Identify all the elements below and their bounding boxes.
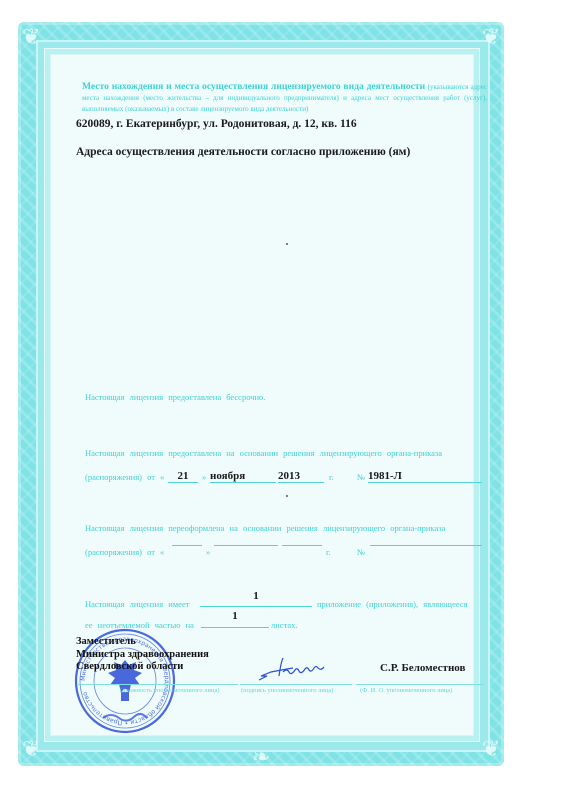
grant-order-quote: »	[202, 472, 206, 482]
address-line: 620089, г. Екатеринбург, ул. Родонитовая…	[76, 118, 357, 130]
scan-dot	[286, 495, 288, 497]
appendix-line2-after: листах.	[271, 620, 298, 630]
corner-ornament-icon: ❦	[22, 738, 40, 760]
position-underline	[78, 684, 238, 685]
name-underline	[356, 684, 484, 685]
reissue-order-year-suffix: г.	[326, 547, 331, 557]
signatory-position: Заместитель Министра здравоохранения Све…	[76, 636, 209, 674]
corner-ornament-icon: ❦	[482, 738, 500, 760]
validity-text: Настоящая лицензия предоставлена бессроч…	[85, 392, 265, 402]
activity-addresses-line: Адреса осуществления деятельности соглас…	[76, 146, 410, 158]
location-heading-title: Место нахождения и места осуществления л…	[82, 81, 425, 92]
reissue-order-number-label: №	[357, 547, 365, 557]
grant-order-number: 1981-Л	[368, 470, 482, 483]
grant-order-year: 2013	[278, 470, 324, 483]
scan-dot	[286, 243, 288, 245]
handwritten-signature	[255, 654, 335, 684]
appendix-text-before: Настоящая лицензия имеет	[85, 599, 189, 609]
reissue-order-number	[370, 545, 482, 546]
grant-order-year-suffix: г.	[329, 472, 334, 482]
grant-order-number-label: №	[357, 472, 365, 482]
signatory-position-line3: Свердловской области	[76, 661, 209, 674]
reissue-order-year	[282, 545, 322, 546]
signatory-position-line2: Министра здравоохранения	[76, 649, 209, 662]
caption-signature: (подпись уполномоченного лица)	[241, 687, 333, 694]
appendix-text-after: приложение (приложения), являющееся	[317, 599, 468, 609]
center-ornament-icon: ❧	[252, 746, 270, 768]
reissue-order-quote: »	[206, 547, 210, 557]
grant-order-label: (распоряжения) от «	[85, 472, 164, 482]
reissue-order-month	[214, 545, 278, 546]
appendix-sheets: 1	[201, 610, 269, 628]
reissue-order-day	[172, 545, 202, 546]
signatory-position-line1: Заместитель	[76, 636, 209, 649]
grant-order-month: ноября	[210, 470, 276, 483]
grant-order-text: Настоящая лицензия предоставлена на осно…	[85, 448, 485, 458]
reissue-order-text: Настоящая лицензия переоформлена на осно…	[85, 523, 445, 533]
caption-position: (должность уполномоченного лица)	[120, 687, 220, 694]
caption-name: (Ф. И. О. уполномоченного лица)	[360, 687, 452, 694]
grant-order-day: 21	[168, 470, 198, 483]
corner-ornament-icon: ❦	[22, 26, 40, 48]
signature-underline	[240, 684, 352, 685]
appendix-count: 1	[200, 590, 312, 607]
signatory-name: С.Р. Беломестнов	[380, 662, 465, 674]
corner-ornament-icon: ❦	[482, 26, 500, 48]
location-heading: Место нахождения и места осуществления л…	[82, 81, 487, 114]
reissue-order-label: (распоряжения) от «	[85, 547, 164, 557]
